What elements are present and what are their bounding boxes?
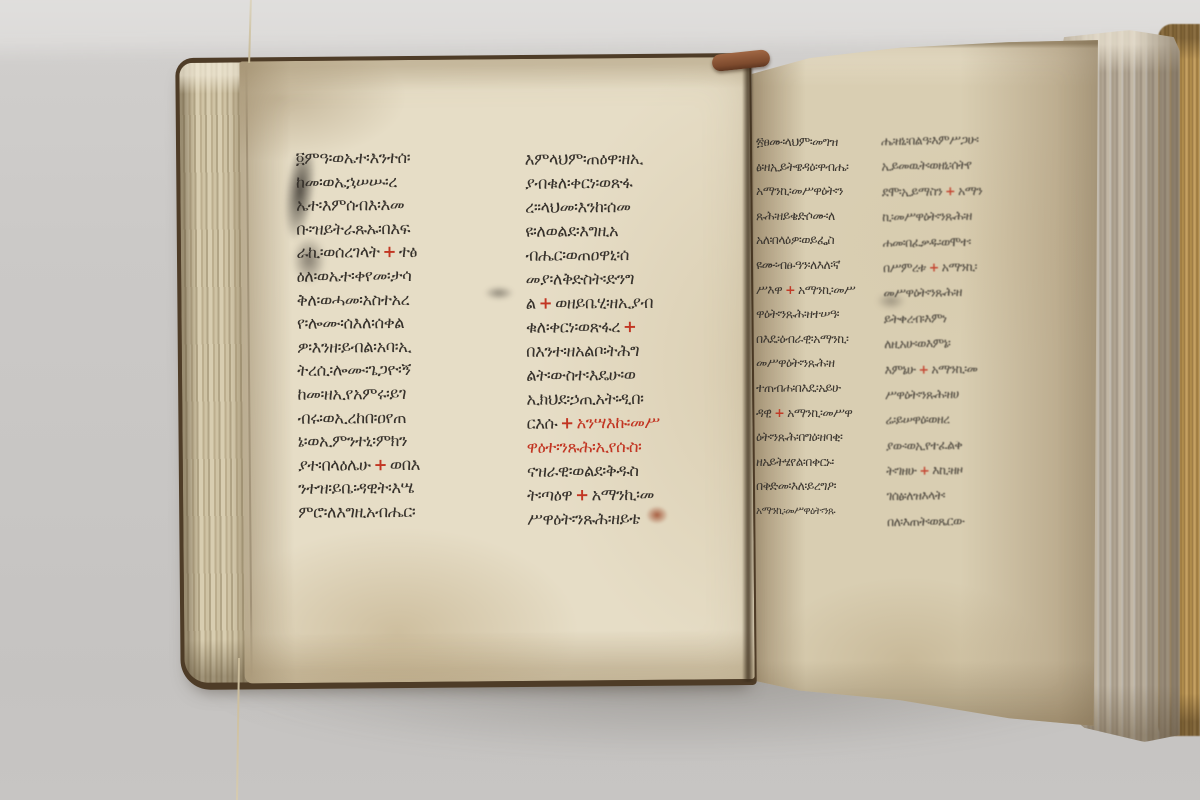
geez-text-segment: ሥዋዕት፡ንጹሕ፡ዘሀ	[885, 386, 959, 402]
text-line: ፬ምዓ፡ወኤተ፡እንተሰ፡	[296, 145, 516, 170]
text-line: የ፡ሎሙ፡ሰእለ፡ሰቀል	[297, 310, 517, 335]
rubric-cross-mark: +	[575, 485, 588, 504]
geez-text-segment: ብሩ፡ወኢረከበ፡ዐየጠ	[298, 408, 407, 428]
text-line: ዘአይትሄየል፡በቀርኑ፡	[756, 450, 888, 475]
text-line: ዋዕተ፡ንጹሕ፡ኢየሱስ፡	[527, 434, 749, 460]
geez-text-segment: ከመ፡ዘኢየአምሩ፡ይገ	[297, 384, 406, 404]
geez-text-segment: ያብቁለ፡ቀርነ፡ወጽፋ	[525, 173, 632, 193]
geez-text-segment: ቡ፡ዝይትራጹኡ፡በእፍ	[296, 219, 410, 239]
rubric-cross-mark: +	[539, 294, 552, 313]
text-line: ዋዕት፡ንጹሕ፡ዘተሠዓ፡	[756, 302, 888, 327]
geez-text-segment: አማን	[958, 183, 982, 198]
rubric-cross-mark: +	[785, 282, 795, 297]
text-line: ዕለ፡ወኤተ፡ቀየመ፡ታሳ	[297, 263, 517, 288]
text-line: እምኔሁ+አማንኪ፡መ	[884, 354, 1048, 382]
rubric-cross-mark: +	[918, 361, 928, 376]
geez-text-segment: መያ፡ለቅድስት፡ድንግ	[526, 269, 635, 289]
text-line: ረ፡፡ላህመ፡እንከ፡ሰመ	[525, 194, 747, 220]
geez-text-segment: አንሣእኩ፡መሥ	[577, 413, 660, 433]
geez-text-segment: አማንኪ፡መሥዋዕት፡ን	[756, 183, 843, 198]
text-line: ንተዝ፡ይቤ፡ዳዊት፡እሤ	[298, 476, 518, 501]
text-line: ደሞ፡ኢይማስን+አማን	[882, 177, 1046, 205]
geez-text-segment: ሥእዋ	[756, 282, 782, 297]
text-line: በእዴ፡ዕብራዊ፡አማንኪ፡	[756, 327, 888, 352]
geez-text-segment: ራኪ፡ወሰረገላት	[296, 243, 379, 263]
geez-text-segment: ወዘይቤሂ፡ዘኢያብ	[555, 293, 653, 313]
geez-text-segment: ሔ፡ዘኒ፡በልዓ፡እምሥጋሁ፡	[881, 132, 979, 149]
geez-text-segment: ይትቀረብ፡እምነ	[884, 310, 947, 326]
text-line: አማንኪ፡መሥዋዕት፡ን	[756, 179, 888, 204]
geez-text-segment: ወበእ	[390, 455, 420, 474]
text-line: ሥእዋ+አማንኪ፡መሥ	[756, 278, 888, 303]
geez-text-segment: አማንኪ፡መሥ	[798, 282, 855, 297]
geez-text-segment: ያተ፡በላዕሌሁ	[298, 455, 371, 475]
geez-text-segment: ልት፡ውስተ፡እዴሁ፡ወ	[526, 365, 635, 385]
text-line: በቅድመ፡እለ፡ይረግዖ፡	[756, 474, 888, 499]
geez-text-segment: እምኔሁ	[884, 361, 915, 376]
geez-text-segment: ትረሲ፡ሎሙ፡ጌጋዮ፡ኝ	[297, 360, 411, 380]
text-line: ከመ፡ወኤኋሠሡ፡ረ	[296, 169, 516, 194]
geez-text-segment: መሥዋዕት፡ንጹሕ፡ዘ	[756, 355, 834, 370]
text-line: ያተ፡በላዕሌሁ+ወበእ	[298, 452, 518, 477]
geez-text-segment: ፳ፀሙ፡ላህም፡መግዝ	[756, 134, 838, 149]
geez-text-segment: ቁለ፡ቀርነ፡ወጽፋረ	[526, 317, 620, 337]
text-line: ከመ፡ዘኢየአምሩ፡ይገ	[297, 381, 517, 406]
right-page-column-1: ፳ፀሙ፡ላህም፡መግዝፅ፡ዘኢይትዌዳዕ፡ዋብሔ፡አማንኪ፡መሥዋዕት፡ንጹሕ፡…	[756, 130, 888, 524]
geez-text-segment: ጹሕ፡ዘይቄድሶሙ፡ለ	[756, 208, 835, 223]
geez-text-segment: ኤተ፡እምሰብእ፡እመ	[296, 195, 404, 215]
text-line: ፳ፀሙ፡ላህም፡መግዝ	[756, 130, 888, 155]
geez-text-segment: ዳዊ	[756, 405, 771, 420]
text-line: ት፡ገዘሁ+እኪ፡ዘዞ	[886, 456, 1050, 484]
geez-text-segment: አማንኪ፡መ	[931, 360, 977, 376]
geez-text-segment: ርእሱ	[527, 414, 558, 433]
geez-text-segment: ል	[526, 294, 536, 313]
geez-text-segment: እምላህም፡ጠዕዋ፡ዘኢ	[525, 149, 643, 169]
geez-text-segment: ኔ፡ወኢምንተኒ፡ምክን	[298, 431, 408, 451]
text-line: ገሰፅ፡ለዝእላት፡	[886, 481, 1050, 509]
geez-text-segment: ተፅ	[399, 242, 417, 261]
geez-text-segment: ያው፡ወኢየተፈልቅ	[886, 437, 963, 453]
left-page-column-2: እምላህም፡ጠዕዋ፡ዘኢያብቁለ፡ቀርነ፡ወጽፋረ፡፡ላህመ፡እንከ፡ሰመዩ፡ለ…	[525, 146, 750, 532]
geez-text-segment: ረ፡፡ላህመ፡እንከ፡ሰመ	[525, 197, 631, 217]
text-line: መያ፡ለቅድስት፡ድንግ	[526, 266, 748, 292]
text-line: ሬ፡ይሠዋዕ፡ወዘረ	[885, 405, 1049, 433]
text-line: ለዚአሁ፡ወእምኔ፡	[884, 329, 1048, 357]
geez-text-segment: ዘአይትሄየል፡በቀርኑ፡	[756, 454, 834, 469]
geez-text-segment: የ፡ሎሙ፡ሰእለ፡ሰቀል	[297, 313, 404, 333]
text-line: ኢይመዉት፡ወዘኒ፡ሰትየ	[881, 151, 1045, 179]
text-line: ፅ፡ዘኢይትዌዳዕ፡ዋብሔ፡	[756, 155, 888, 180]
rubric-cross-mark: +	[929, 259, 939, 274]
text-line: ዳዊ+አማንኪ፡መሥዋ	[756, 401, 888, 426]
geez-text-segment: በሥምረቱ	[883, 260, 926, 276]
geez-text-segment: ሬ፡ይሠዋዕ፡ወዘረ	[885, 412, 949, 428]
geez-text-segment: በእንተ፡ዘአልቦ፡ትሕግ	[526, 341, 639, 361]
rubric-cross-mark: +	[382, 242, 395, 261]
text-line: ኢክህደ፡ኃጢአት፡ዲበ፡	[526, 386, 748, 412]
geez-text-segment: ዩ፡ለወልደ፡እግዚአ	[525, 221, 618, 241]
geez-text-segment: አማንኪ፡	[941, 259, 976, 275]
text-line: ብሩ፡ወኢረከበ፡ዐየጠ	[297, 405, 517, 430]
text-line: ሐመ፡በፈቃዱ፡ወሞተ፡	[882, 227, 1046, 255]
text-line: ሥዋዕት፡ንጹሕ፡ዘይቴ	[527, 506, 749, 532]
text-line: ኪ፡መሥዋዕት፡ንጹሕ፡ዘ	[882, 202, 1046, 230]
text-line: ያው፡ወኢየተፈልቅ	[886, 430, 1050, 458]
geez-text-segment: ፬ምዓ፡ወኤተ፡እንተሰ፡	[296, 148, 410, 168]
text-line: ምሮ፡ለእግዚአብሔር፡	[298, 499, 518, 524]
geez-text-segment: ዕለ፡ወኤተ፡ቀየመ፡ታሳ	[297, 266, 412, 286]
geez-text-segment: ዩሙ፡ብፁዓን፡ለእለ፡ኛ	[756, 257, 840, 272]
geez-text-segment: ደሞ፡ኢይማስን	[882, 183, 943, 199]
left-page-column-1: ፬ምዓ፡ወኤተ፡እንተሰ፡ከመ፡ወኤኋሠሡ፡ረኤተ፡እምሰብእ፡እመቡ፡ዝይትራ…	[296, 145, 519, 524]
geez-text-segment: አማንኪ፡መሥዋዕት፡ንጹ	[756, 505, 835, 517]
geez-text-segment: ለዚአሁ፡ወእምኔ፡	[884, 335, 950, 351]
geez-text-segment: ምሮ፡ለእግዚአብሔር፡	[298, 502, 415, 522]
text-line: በለ፡እጠት፡ወጼርው	[887, 507, 1051, 535]
text-line: ብሔር፡ወጠዐዋኒ፡ሰ	[525, 242, 747, 268]
geez-text-segment: ዎ፡እንዘ፡ይብል፡አባ፡ኢ	[297, 337, 411, 357]
geez-text-segment: ናዝራዊ፡ወልደ፡ቅዱስ	[527, 461, 639, 481]
text-line: ሔ፡ዘኒ፡በልዓ፡እምሥጋሁ፡	[881, 126, 1045, 154]
geez-text-segment: ኪ፡መሥዋዕት፡ንጹሕ፡ዘ	[882, 208, 972, 224]
text-line: ጹሕ፡ዘይቄድሶሙ፡ለ	[756, 204, 888, 229]
text-line: በእንተ፡ዘአልቦ፡ትሕግ	[526, 338, 748, 364]
rubric-cross-mark: +	[945, 183, 955, 198]
geez-text-segment: ተጠብሐ፡በእዴ፡አይሁ	[756, 380, 841, 395]
geez-text-segment: ሥዋዕት፡ንጹሕ፡ዘይቴ	[527, 509, 640, 529]
rubric-cross-mark: +	[919, 463, 929, 478]
geez-text-segment: በእዴ፡ዕብራዊ፡አማንኪ፡	[756, 331, 848, 346]
geez-text-segment: ገሰፅ፡ለዝእላት፡	[886, 488, 945, 504]
text-line: ቁለ፡ቀርነ፡ወጽፋረ+	[526, 314, 748, 340]
geez-text-segment: ከመ፡ወኤኋሠሡ፡ረ	[296, 172, 397, 192]
text-line: አማንኪ፡መሥዋዕት፡ንጹ	[756, 499, 888, 524]
geez-text-segment: ዕት፡ንጹሕ፡በግዕ፡ዘባቂ፡	[756, 429, 842, 444]
geez-text-segment: ት፡ጣዕዋ	[527, 485, 572, 504]
text-line: ትረሲ፡ሎሙ፡ጌጋዮ፡ኝ	[297, 358, 517, 383]
text-line: ተጠብሐ፡በእዴ፡አይሁ	[756, 376, 888, 401]
geez-text-segment: ፅ፡ዘኢይትዌዳዕ፡ዋብሔ፡	[756, 159, 848, 174]
right-page-column-2: ሔ፡ዘኒ፡በልዓ፡እምሥጋሁ፡ኢይመዉት፡ወዘኒ፡ሰትየደሞ፡ኢይማስን+አማን…	[881, 126, 1051, 535]
geez-text-segment: አማንኪ፡መሥዋ	[787, 405, 852, 420]
rubric-cross-mark: +	[774, 405, 784, 420]
text-line: ዕት፡ንጹሕ፡በግዕ፡ዘባቂ፡	[756, 425, 888, 450]
geez-text-segment: ዋዕት፡ንጹሕ፡ዘተሠዓ፡	[756, 306, 839, 321]
rubric-cross-mark: +	[373, 455, 386, 474]
text-line: ይትቀረብ፡እምነ	[884, 303, 1048, 331]
geez-text-segment: አለ፡በላዕዎ፡ወይፌስ	[756, 232, 834, 247]
geez-text-segment: አማንኪ፡መ	[591, 485, 654, 504]
geez-text-segment: ዋዕተ፡ንጹሕ፡ኢየሱስ፡	[527, 437, 642, 457]
rubric-cross-mark: +	[623, 317, 636, 336]
geez-text-segment: እኪ፡ዘዞ	[932, 462, 963, 477]
text-line: ያብቁለ፡ቀርነ፡ወጽፋ	[525, 170, 747, 196]
text-line: ዩሙ፡ብፁዓን፡ለእለ፡ኛ	[756, 253, 888, 278]
text-line: ዩ፡ለወልደ፡እግዚአ	[525, 218, 747, 244]
text-line: ል+ወዘይቤሂ፡ዘኢያብ	[526, 290, 748, 316]
text-line: ኤተ፡እምሰብእ፡እመ	[296, 192, 516, 217]
text-line: ርእሱ+አንሣእኩ፡መሥ	[527, 410, 749, 436]
text-line: ናዝራዊ፡ወልደ፡ቅዱስ	[527, 458, 749, 484]
geez-text-segment: በለ፡እጠት፡ወጼርው	[887, 513, 965, 529]
text-line: መሥዋዕት፡ንጹሕ፡ዘ	[756, 351, 888, 376]
geez-text-segment: ኢክህደ፡ኃጢአት፡ዲበ፡	[526, 389, 643, 409]
photo-open-manuscript: ፬ምዓ፡ወኤተ፡እንተሰ፡ከመ፡ወኤኋሠሡ፡ረኤተ፡እምሰብእ፡እመቡ፡ዝይትራ…	[0, 0, 1200, 800]
geez-text-segment: መሥዋዕት፡ንጹሕ፡ዘ	[883, 284, 962, 300]
text-line: ቅለ፡ወሓመ፡አስተአረ	[297, 287, 517, 312]
geez-text-segment: ቅለ፡ወሓመ፡አስተአረ	[297, 290, 410, 310]
text-line: ት፡ጣዕዋ+አማንኪ፡መ	[527, 482, 749, 508]
text-line: እምላህም፡ጠዕዋ፡ዘኢ	[525, 146, 747, 172]
text-line: በሥምረቱ+አማንኪ፡	[883, 253, 1047, 281]
text-line: መሥዋዕት፡ንጹሕ፡ዘ	[883, 278, 1047, 306]
geez-text-segment: ብሔር፡ወጠዐዋኒ፡ሰ	[525, 245, 629, 265]
geez-text-segment: ንተዝ፡ይቤ፡ዳዊት፡እሤ	[298, 478, 414, 498]
geez-text-segment: በቅድመ፡እለ፡ይረግዖ፡	[756, 478, 836, 493]
text-line: ራኪ፡ወሰረገላት+ተፅ	[296, 240, 516, 265]
rubric-cross-mark: +	[560, 413, 573, 432]
geez-text-segment: ኢይመዉት፡ወዘኒ፡ሰትየ	[881, 157, 971, 173]
text-line: ዎ፡እንዘ፡ይብል፡አባ፡ኢ	[297, 334, 517, 359]
geez-text-segment: ሐመ፡በፈቃዱ፡ወሞተ፡	[882, 233, 970, 249]
text-line: ኔ፡ወኢምንተኒ፡ምክን	[298, 428, 518, 453]
geez-text-segment: ት፡ገዘሁ	[886, 463, 916, 478]
text-line: ሥዋዕት፡ንጹሕ፡ዘሀ	[885, 380, 1049, 408]
text-line: ቡ፡ዝይትራጹኡ፡በእፍ	[296, 216, 516, 241]
text-line: አለ፡በላዕዎ፡ወይፌስ	[756, 228, 888, 253]
text-line: ልት፡ውስተ፡እዴሁ፡ወ	[526, 362, 748, 388]
